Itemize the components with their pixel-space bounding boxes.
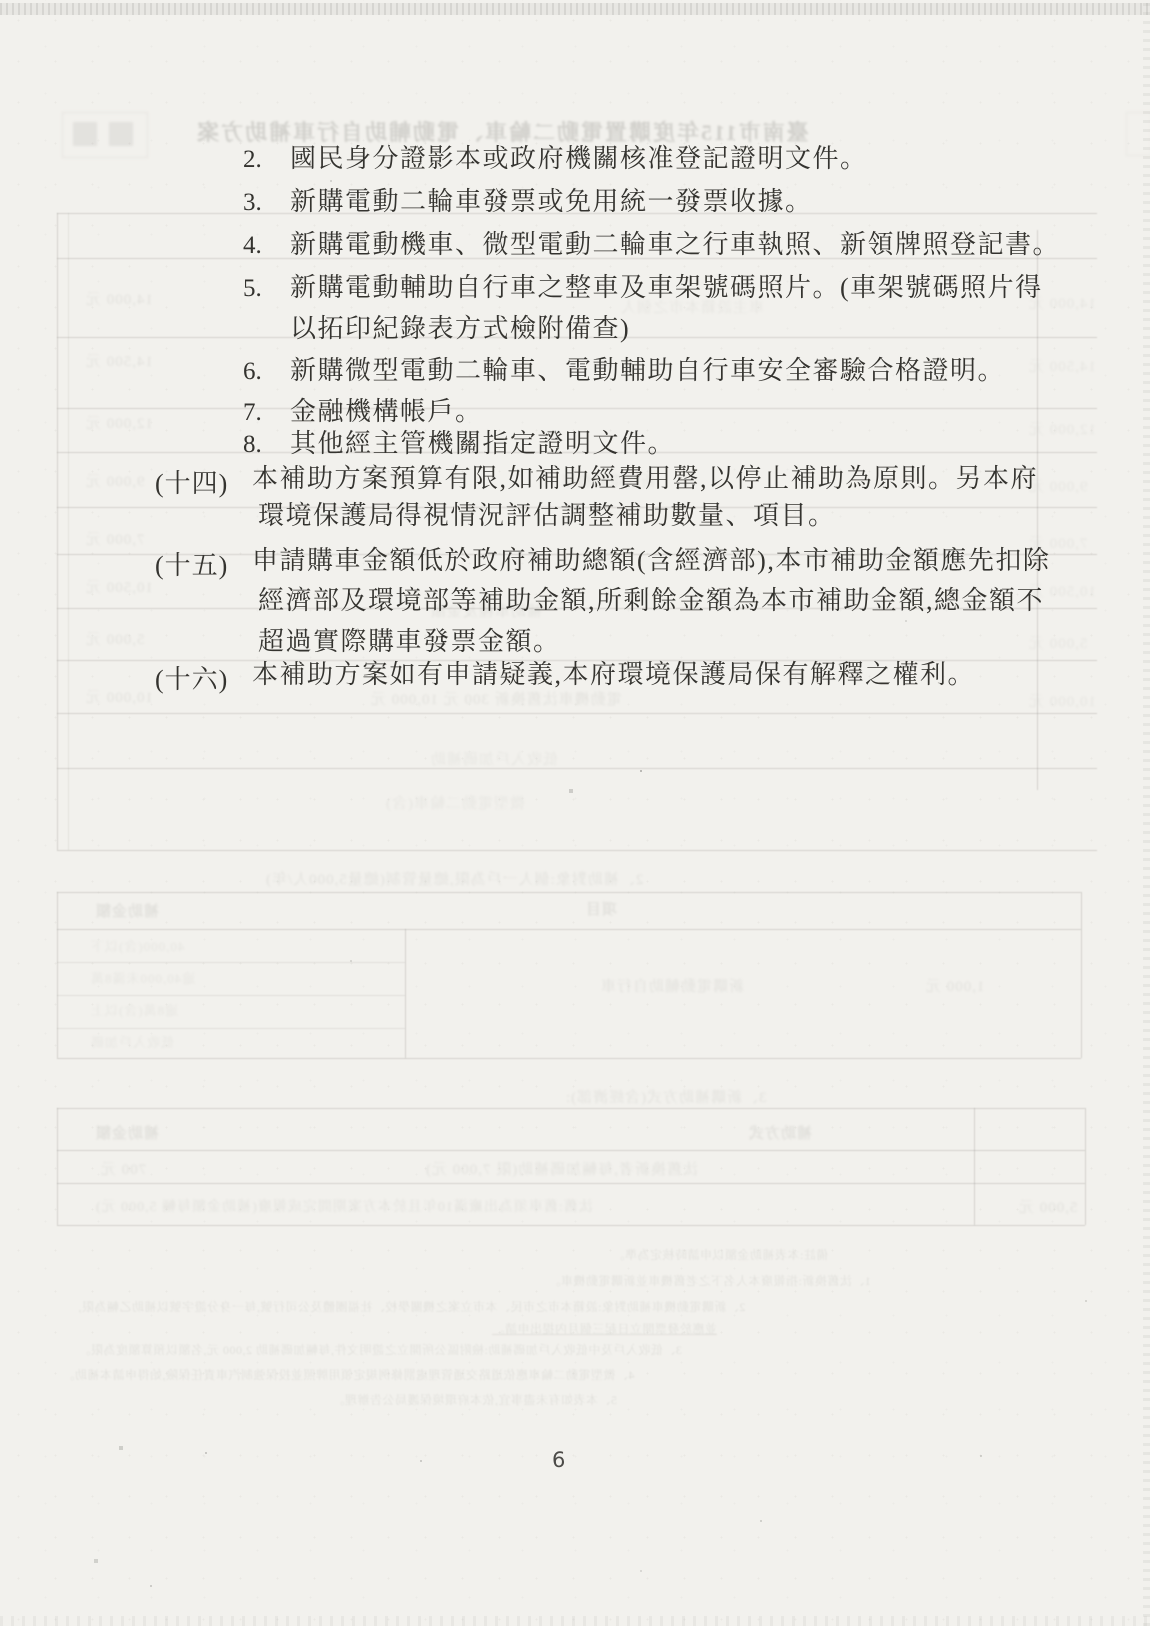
- bleed-table2-cell: 低收入戶加碼: [90, 1032, 174, 1051]
- clause-16-line1: 本補助方案如有申請疑義,本府環境保護局保有解釋之權利。: [252, 659, 975, 691]
- bleed-table2-border: [57, 929, 1081, 930]
- list-item-5-line1: 新購電動輔助自行車之整車及車架號碼照片。(車架號碼照片得: [290, 272, 1043, 304]
- bleed-table2-border: [57, 892, 58, 1058]
- bleed-table1-value: 10,000 元: [85, 686, 153, 707]
- bleed-table3-border: [57, 1108, 1085, 1109]
- list-number-3: 3.: [243, 189, 262, 217]
- bleed-table1-value: 12,000 元: [1028, 418, 1096, 439]
- bleed-table1-border: [57, 850, 1097, 851]
- bleed-table1-value: 14,500 元: [85, 350, 153, 371]
- bleed-table2-cell: 1,000 元: [925, 975, 985, 996]
- list-number-8: 8.: [243, 431, 262, 459]
- clause-15-line1: 申請購車金額低於政府補助總額(含經濟部),本市補助金額應先扣除: [252, 545, 1050, 577]
- bleed-table2-header: 項目: [585, 898, 617, 919]
- clause-14-line2: 環境保護局得視情況評估調整補助數量、項目。: [258, 500, 836, 532]
- bleed-table3-cell: 汰舊:舊車須為出廠滿10年且於本方案期間完成報廢(補助金額每輛 5,000 元): [95, 1196, 593, 1216]
- scan-noise-specks: [0, 0, 2, 2]
- bleed-table3-cell: 700 元: [100, 1158, 146, 1179]
- bleed-table2-border: [1081, 892, 1082, 1058]
- bleed-table3-cell: 5,000 元: [1018, 1196, 1078, 1217]
- bleed-footnote: 4、微型電動二輪車應依道路交通管理處罰條例規定領用牌照並投保強制汽車責任保險,始…: [62, 1366, 635, 1383]
- bleed-table1-value: 5,000 元: [1028, 632, 1088, 653]
- bleed-paragraph: 3、新購補助方式(含經濟部):: [565, 1086, 767, 1107]
- clause-15-line3: 超過實際購車發票金額。: [258, 626, 561, 658]
- bleed-table1-cell: 電動機車汰舊換新 300 元 10,000 元: [370, 688, 622, 709]
- bleed-table1-border: [57, 213, 58, 850]
- bleed-table2-cell: 逾40,000未滿8萬: [90, 968, 195, 987]
- bleed-stamp-glyph: [109, 122, 133, 146]
- bleed-table3-header: 補助金額: [95, 1122, 159, 1143]
- bleed-table1-value: 10,500 元: [85, 576, 153, 597]
- list-item-6: 新購微型電動二輪車、電動輔助自行車安全審驗合格證明。: [290, 355, 1005, 387]
- list-item-7: 金融機構帳戶。: [290, 396, 483, 428]
- list-item-8: 其他經主管機關指定證明文件。: [290, 428, 675, 460]
- bleed-table2-header: 補助金額: [95, 900, 159, 921]
- list-item-3: 新購電動二輪車發票或免用統一發票收據。: [290, 186, 813, 218]
- scanned-document-page: 臺南市115年度購置電動二輪車、電動輔助自行車補助方案 14,000 元 14,…: [0, 0, 1150, 1626]
- bleed-footnote: 5、本表如有未盡事宜,依本府環境保護局公告辦理。: [332, 1391, 617, 1408]
- list-number-4: 4.: [243, 232, 262, 260]
- bleed-table1-border: [57, 768, 1097, 769]
- bleed-table2-cell: 逾8萬(含)以上: [90, 1000, 178, 1019]
- bleed-table2-border: [405, 929, 406, 1058]
- bleed-table3-border: [57, 1183, 1085, 1184]
- bleed-footnote: 並應於發票開立日起三個月內提出申請。: [492, 1320, 717, 1337]
- scanner-edge-bottom: [0, 1616, 1150, 1626]
- bleed-table1-value: 12,000 元: [85, 412, 153, 433]
- page-number: 6: [552, 1448, 565, 1472]
- bleed-footnote: 備註:本表補助金額以申請時核定為準。: [612, 1246, 828, 1263]
- bleed-table2-border: [57, 1028, 405, 1029]
- clause-14-label: (十四): [155, 463, 228, 500]
- clause-16-label: (十六): [155, 659, 228, 696]
- bleed-stamp-box: [62, 112, 148, 158]
- list-number-2: 2.: [243, 146, 262, 174]
- list-number-5: 5.: [243, 275, 262, 303]
- bleed-table1-value: 7,000 元: [85, 528, 145, 549]
- clause-15-line2: 經濟部及環境部等補助金額,所剩餘金額為本市補助金額,總金額不: [258, 585, 1044, 617]
- bleed-table1-value: 10,000 元: [1028, 690, 1096, 711]
- bleed-table2-border: [57, 962, 405, 963]
- bleed-table3-cell: 汰舊換新者,每輛加碼補助(限 7,000 元): [425, 1158, 698, 1179]
- clause-14-line1: 本補助方案預算有限,如補助經費用罄,以停止補助為原則。另本府: [252, 463, 1038, 495]
- list-item-2: 國民身分證影本或政府機關核准登記證明文件。: [290, 143, 868, 175]
- bleed-table1-value: 14,500 元: [1028, 355, 1096, 376]
- bleed-table3-border: [57, 1108, 58, 1225]
- bleed-table3-border: [57, 1150, 1085, 1151]
- bleed-table1-border: [57, 408, 1097, 409]
- bleed-table3-border: [974, 1108, 975, 1225]
- list-number-7: 7.: [243, 399, 262, 427]
- scanner-edge-right: [1143, 0, 1150, 1626]
- bleed-table3-border: [57, 1225, 1085, 1226]
- bleed-paragraph: 2、補助對象:個人一戶為限,總量管制(總量5,000人/年): [265, 868, 643, 889]
- clause-15-label: (十五): [155, 545, 228, 582]
- list-number-6: 6.: [243, 358, 262, 386]
- list-item-4: 新購電動機車、微型電動二輪車之行車執照、新領牌照登記書。: [290, 229, 1060, 261]
- bleed-table2-cell: 新購電動輔助自行車: [600, 975, 744, 996]
- bleed-table1-value: 9,000 元: [85, 470, 145, 491]
- bleed-footnote: 1、汰舊換新:指報廢本人名下之老舊機車並新購電動機車。: [548, 1272, 871, 1289]
- bleed-table3-header: 補助方式: [748, 1122, 812, 1143]
- bleed-table1-cell: 微型電動二輪車(含): [385, 792, 525, 813]
- bleed-table1-value: 5,000 元: [85, 628, 145, 649]
- bleed-stamp-glyph: [73, 122, 97, 146]
- bleed-table1-cell: 低收入戶加碼補助: [430, 748, 558, 769]
- scanner-edge-top: [0, 3, 1150, 15]
- bleed-table2-border: [57, 995, 405, 996]
- list-item-5-line2: 以拓印紀錄表方式檢附備查): [290, 313, 630, 345]
- bleed-table2-cell: 40,000(含)以下: [90, 936, 184, 955]
- bleed-table1-border: [68, 213, 69, 850]
- bleed-table2-border: [57, 1058, 1081, 1059]
- bleed-table3-border: [1085, 1108, 1086, 1225]
- bleed-table1-border: [57, 713, 1097, 714]
- bleed-table1-value: 14,000 元: [85, 288, 153, 309]
- bleed-footnote: 3、低收入戶及中低收入戶加碼補助:檢附區公所開立之證明文件,每輛加碼補助 2,0…: [78, 1341, 682, 1358]
- bleed-table2-border: [57, 892, 1081, 893]
- bleed-stamp-fragment: [1126, 112, 1150, 156]
- bleed-footnote: 2、新購電動機車補助對象:設籍本市之市民、本市立案之機關學校、社福團體及公司行號…: [78, 1298, 745, 1315]
